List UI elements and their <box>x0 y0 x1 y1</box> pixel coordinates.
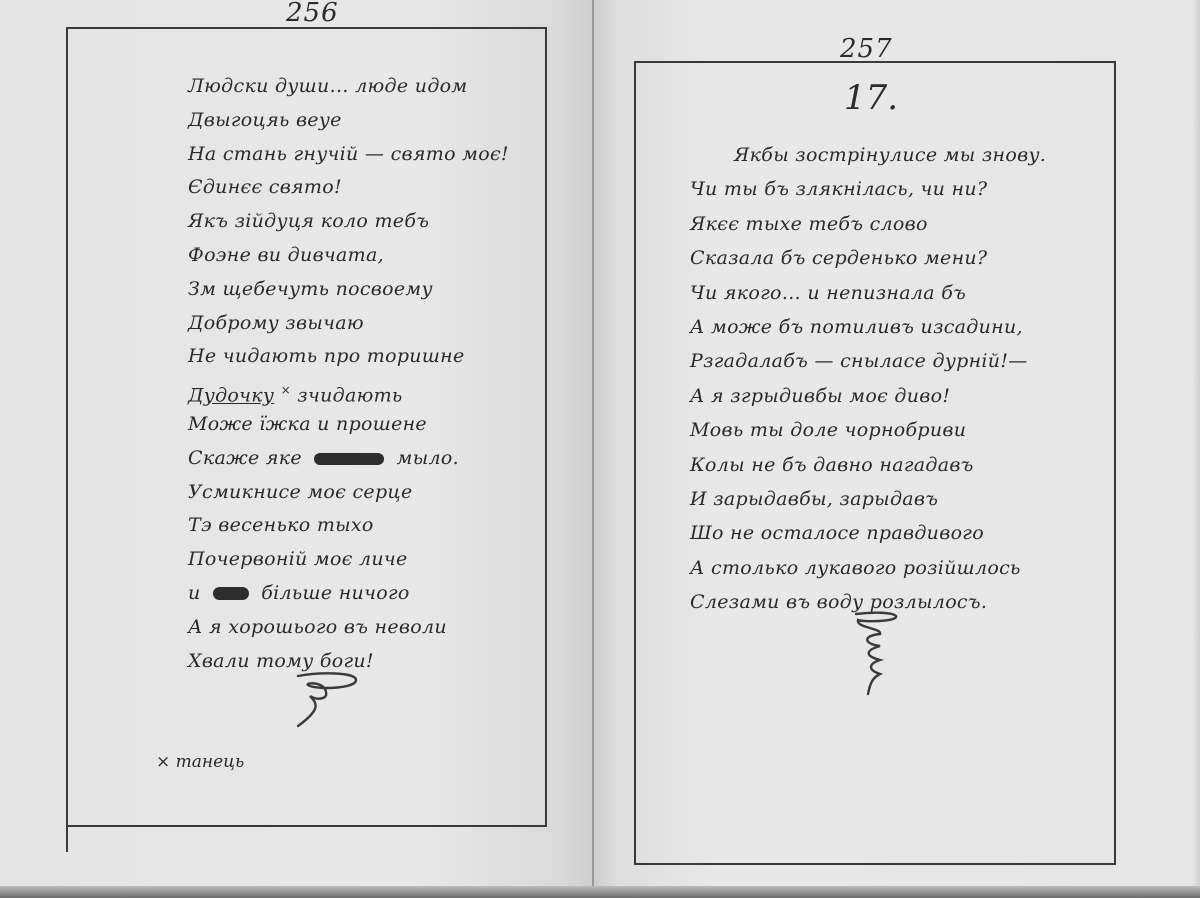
poem-line: Сказала бъ серденько мени? <box>690 241 1046 275</box>
poem-line: и більше ничого <box>188 577 509 611</box>
poem-line: Почервоній моє личе <box>188 543 509 577</box>
manuscript-spread: 256 Людски души… люде идом Двыгоцяь веуе… <box>0 0 1200 898</box>
poem-line: Рзгадалабъ — сныласе дурній!— <box>690 344 1046 378</box>
poem-line: Дудочку × зчидають <box>188 374 509 408</box>
poem-line: Колы не бъ давно нагадавъ <box>690 448 1046 482</box>
end-flourish-icon <box>852 608 902 698</box>
poem-line: Мовь ты доле чорнобриви <box>690 413 1046 447</box>
poem-number: 17. <box>844 78 898 118</box>
line-start: Скаже яке <box>188 447 302 469</box>
poem-line: Усмикнисе моє серце <box>188 476 509 510</box>
poem-line: А я згрыдивбы моє диво! <box>690 379 1046 413</box>
left-poem-lines: Людски души… люде идом Двыгоцяь веуе На … <box>188 70 509 678</box>
poem-line: Двыгоцяь веуе <box>188 104 509 138</box>
page-number-left: 256 <box>286 0 339 28</box>
poem-line: Скаже яке мыло. <box>188 442 509 476</box>
poem-line: Тэ весенько тыхо <box>188 509 509 543</box>
poem-line: Якєє тыхе тебъ слово <box>690 207 1046 241</box>
line-rest: зчидають <box>297 385 402 407</box>
poem-line: Фоэне ви дивчата, <box>188 239 509 273</box>
poem-line: Єдинєє свято! <box>188 171 509 205</box>
poem-line: Може їжка и прошене <box>188 408 509 442</box>
poem-line: И зарыдавбы, зарыдавъ <box>690 482 1046 516</box>
line-start: и <box>188 582 201 604</box>
ink-blot-crossout <box>213 587 249 600</box>
end-flourish-icon <box>290 670 370 730</box>
poem-line: Якбы зострінулисе мы знову. <box>690 138 1046 172</box>
footnote: × танець <box>156 752 244 772</box>
poem-line: Чи якого… и непизнала бъ <box>690 276 1046 310</box>
poem-line: А може бъ потиливъ изсадини, <box>690 310 1046 344</box>
poem-line: Шо не осталосе правдивого <box>690 516 1046 550</box>
page-edge-shadow <box>1192 0 1200 888</box>
poem-line: Якъ зійдуця коло тебъ <box>188 205 509 239</box>
poem-line: Не чидають про торишне <box>188 340 509 374</box>
line-rest: мыло. <box>397 447 459 469</box>
line-rest: більше ничого <box>261 582 409 604</box>
book-gutter <box>592 0 594 888</box>
scan-bottom-edge <box>0 886 1200 898</box>
poem-line: Людски души… люде идом <box>188 70 509 104</box>
poem-line: Доброму звычаю <box>188 307 509 341</box>
poem-line: Чи ты бъ злякнілась, чи ни? <box>690 172 1046 206</box>
poem-line: А столько лукавого розійшлось <box>690 551 1046 585</box>
page-number-right: 257 <box>840 34 893 64</box>
poem-line: На стань гнучій — свято моє! <box>188 138 509 172</box>
right-poem-lines: Якбы зострінулисе мы знову. Чи ты бъ зля… <box>690 138 1046 619</box>
footnote-mark: × <box>281 383 291 397</box>
poem-line: Зм щебечуть посвоему <box>188 273 509 307</box>
poem-line: А я хорошього въ неволи <box>188 611 509 645</box>
ink-blot-crossout <box>314 453 384 465</box>
left-frame-overrun <box>66 826 68 852</box>
underlined-word: Дудочку <box>188 385 274 407</box>
